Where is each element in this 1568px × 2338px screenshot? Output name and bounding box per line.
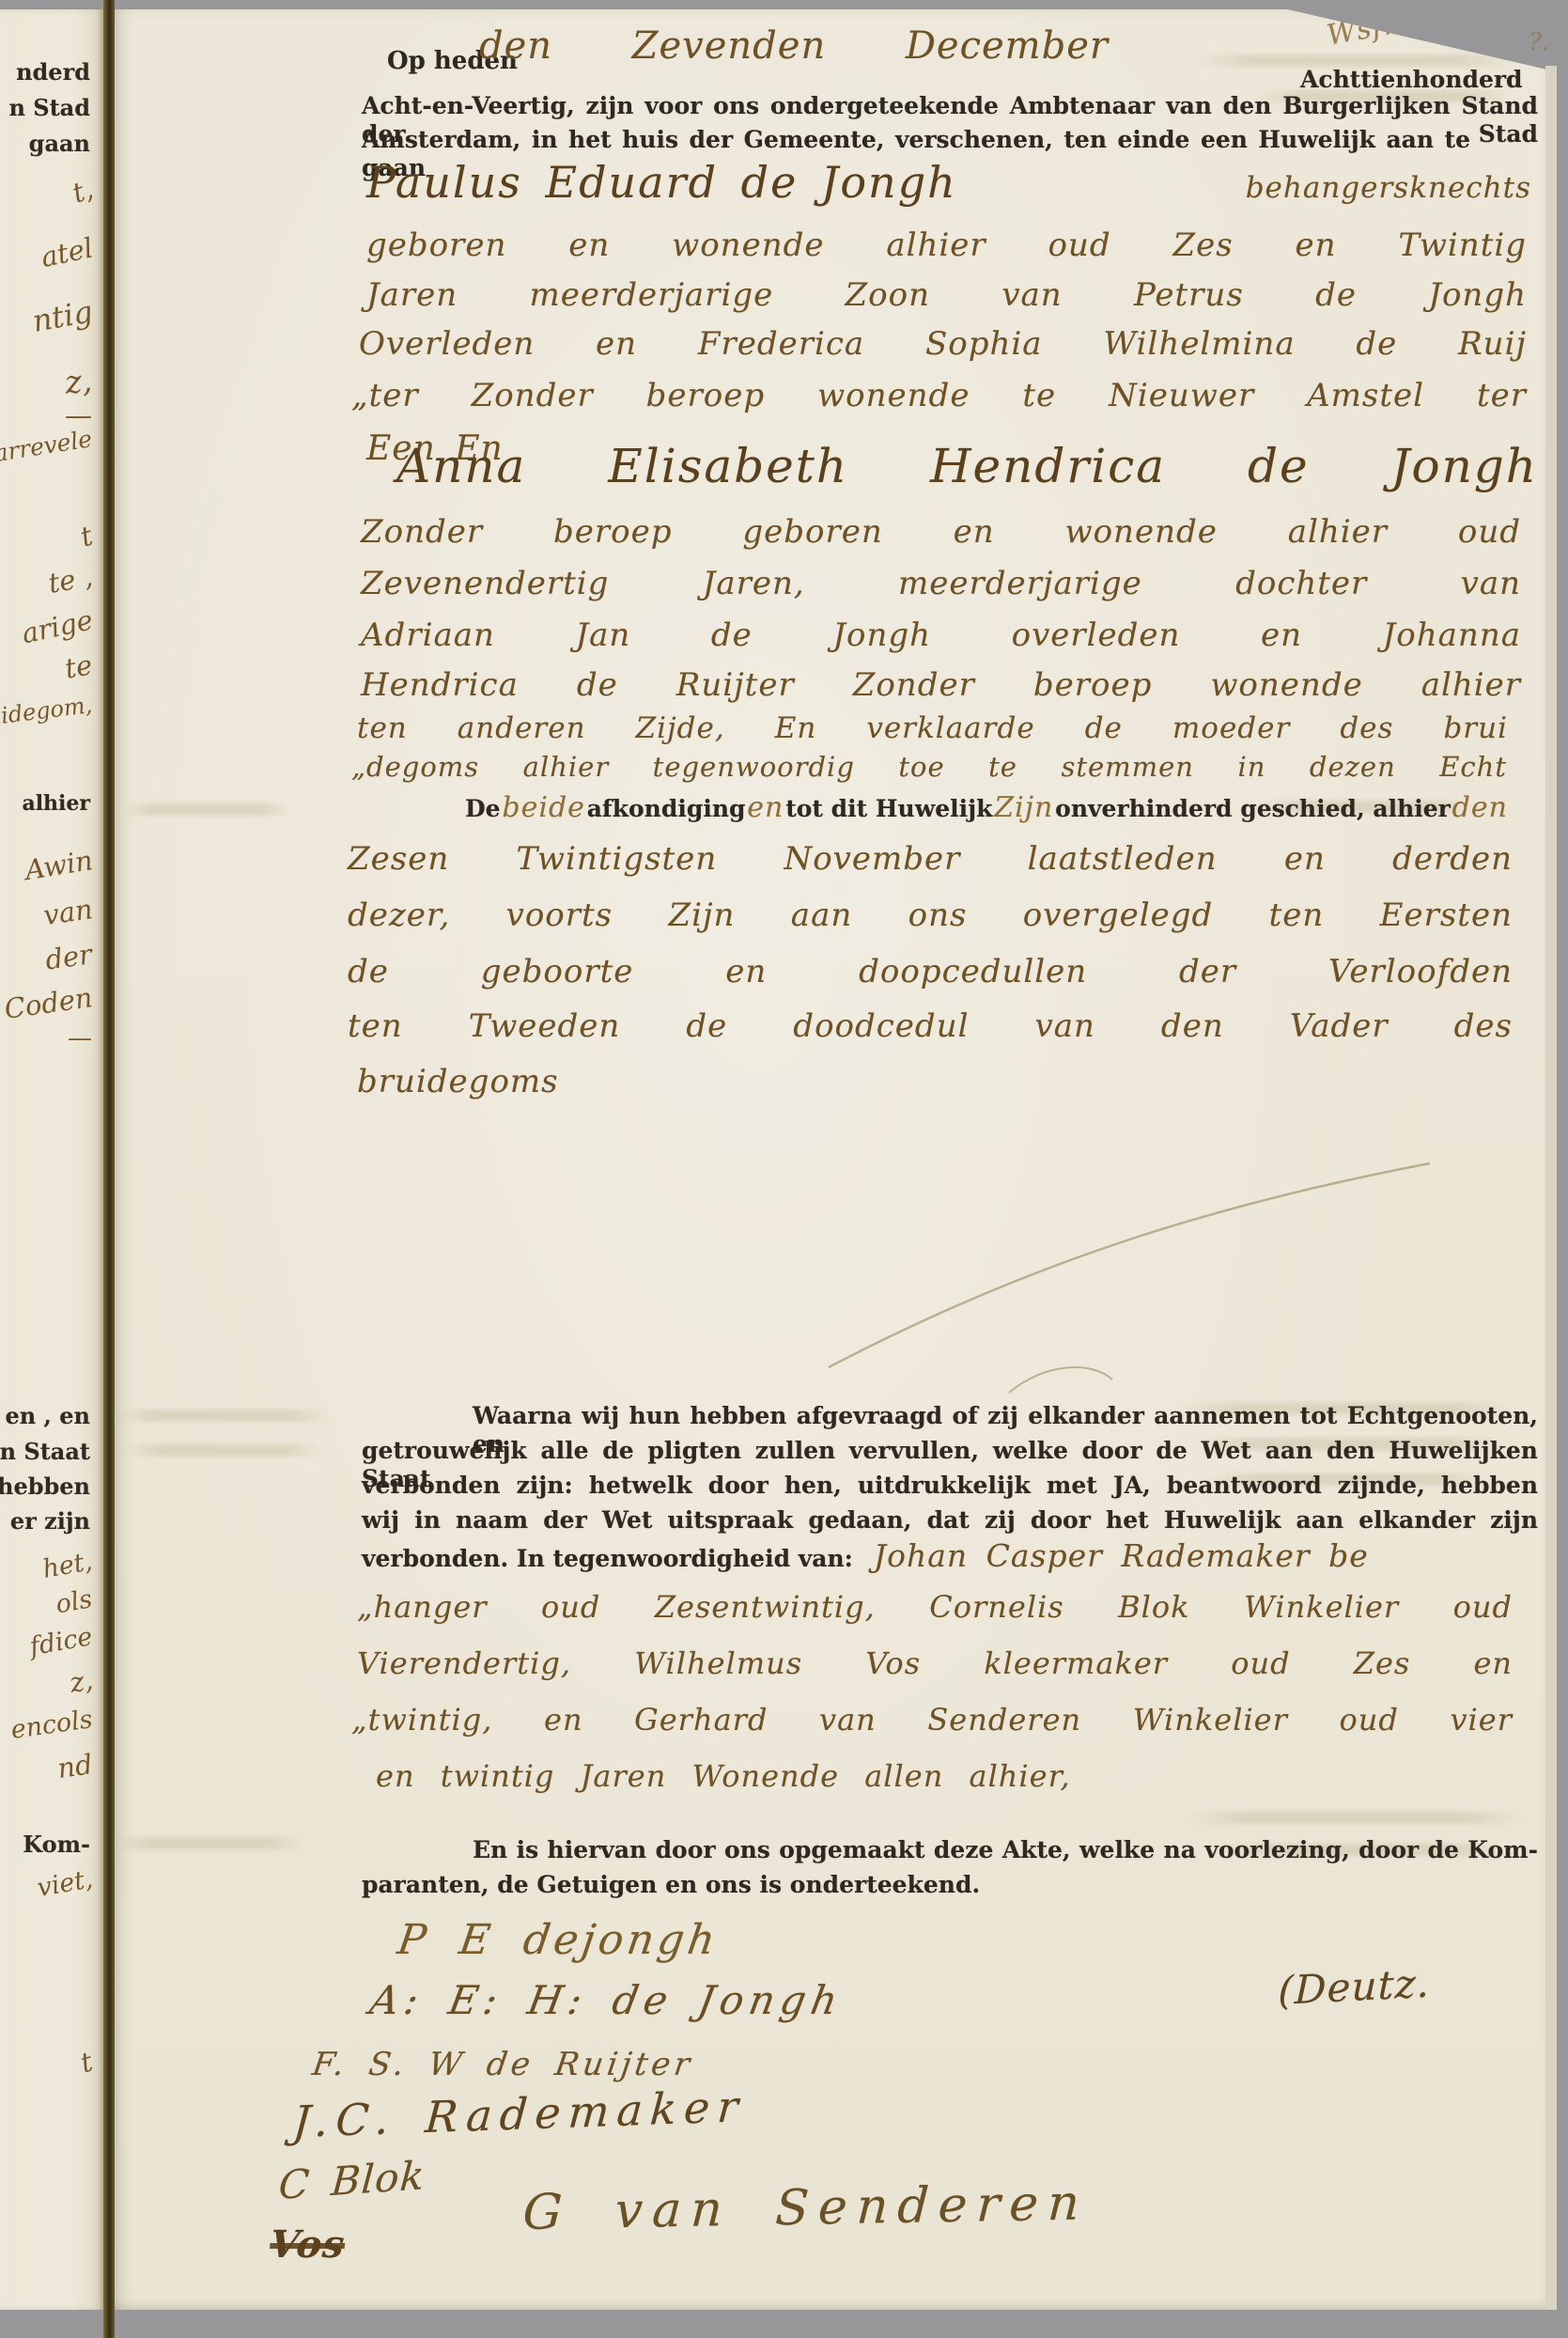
margin-printed-fragment: Kom-	[23, 1831, 90, 1858]
margin-script-fragment: uidegom,	[0, 692, 94, 731]
manuscript-line: ten anderen Zijde, En verklaarde de moed…	[357, 712, 1508, 746]
banns-printed: onverhinderd geschied, alhier	[1055, 795, 1451, 823]
groom-name-line: Paulus Eduard de Jongh behangersknechts	[366, 158, 1531, 208]
signature-witness-rademaker: J.C. Rademaker	[291, 2081, 747, 2147]
margin-script-fragment: z,	[67, 1663, 95, 1699]
margin-script-fragment: Barrevele	[0, 425, 94, 470]
margin-printed-fragment: er zijn	[10, 1507, 90, 1535]
manuscript-line: geboren en wonende alhier oud Zes en Twi…	[366, 227, 1527, 264]
vows-last-line: verbonden. In tegenwoordigheid van: Joha…	[362, 1538, 1369, 1574]
banns-handwritten: Zijn	[994, 792, 1053, 825]
margin-printed-fragment: hebben	[0, 1473, 90, 1500]
banns-line: De beide afkondiging en tot dit Huwelijk…	[465, 792, 1508, 825]
manuscript-line: dezer, voorts Zijn aan ons overgelegd te…	[348, 897, 1513, 934]
manuscript-line: bruidegoms	[357, 1064, 559, 1100]
manuscript-line: Overleden en Frederica Sophia Wilhelmina…	[359, 326, 1527, 363]
manuscript-line: „ter Zonder beroep wonende te Nieuwer Am…	[351, 378, 1527, 414]
closing-line: En is hiervan door ons opgemaakt deze Ak…	[362, 1836, 1538, 1864]
margin-printed-fragment: alhier	[22, 791, 90, 816]
margin-printed-fragment: en , en	[5, 1402, 90, 1429]
ink-showthrough	[124, 1444, 321, 1457]
marriage-certificate-page: Op heden den Zevenden December Achttienh…	[115, 9, 1545, 2310]
margin-script-fragment: te ,	[46, 560, 95, 600]
signature-witness-vos: Vos	[268, 2223, 347, 2267]
witness-line: en twintig Jaren Wonende allen alhier,	[376, 1759, 1071, 1794]
margin-script-fragment: —	[68, 1024, 92, 1052]
manuscript-line: de geboorte en doopcedullen der Verloofd…	[348, 954, 1513, 990]
manuscript-line: Hendrica de Ruijter Zonder beroep wonend…	[361, 667, 1521, 704]
page-fold-divider	[103, 0, 115, 2338]
banns-handwritten: den	[1452, 792, 1508, 825]
margin-script-fragment: het,	[40, 1547, 94, 1584]
banns-printed: tot dit Huwelijk	[785, 795, 992, 823]
margin-script-fragment: van	[41, 893, 95, 931]
margin-printed-fragment: n Stad	[8, 94, 90, 121]
witness-line: „twintig, en Gerhard van Senderen Winkel…	[351, 1703, 1513, 1738]
adjacent-page-strip: nderd n Stad gaan alhier en , en n Staat…	[0, 9, 103, 2310]
bride-name: Anna Elisabeth Hendrica de Jongh	[396, 440, 1538, 494]
handwritten-date: den Zevenden December	[479, 24, 1109, 68]
margin-script-fragment: Coden	[2, 981, 94, 1025]
closing-line: paranten, de Getuigen en ons is ondertee…	[362, 1871, 980, 1899]
signature-bride: A: E: H: de Jongh	[366, 1978, 846, 2023]
groom-name: Paulus Eduard de Jongh	[366, 158, 957, 208]
registration-scribble: Wsfruy	[1325, 2, 1436, 53]
manuscript-line: Zesen Twintigsten November laatstleden e…	[348, 841, 1513, 878]
signature-groom: P E dejongh	[395, 1917, 722, 1965]
margin-script-fragment: encols	[8, 1705, 94, 1745]
document-scan: nderd n Stad gaan alhier en , en n Staat…	[0, 0, 1568, 2338]
margin-script-fragment: te	[63, 648, 95, 684]
vows-line: wij in naam der Wet uitspraak gedaan, da…	[362, 1506, 1538, 1535]
margin-script-fragment: t	[77, 2046, 96, 2080]
ink-showthrough	[1186, 1812, 1524, 1824]
manuscript-line: Zevenendertig Jaren, meerderjarige docht…	[361, 566, 1521, 602]
margin-script-fragment: atel	[38, 231, 95, 273]
ink-showthrough	[115, 1410, 331, 1422]
signature-mother: F. S. W de Ruijter	[310, 2047, 696, 2083]
witness-first-handwritten: Johan Casper Rademaker be	[874, 1538, 1369, 1574]
margin-script-fragment: t	[77, 520, 97, 553]
margin-script-fragment: der	[44, 938, 95, 976]
printed-achttienhonderd: Achttienhonderd	[1300, 66, 1523, 94]
ink-showthrough	[115, 1837, 303, 1849]
witness-line: „hanger oud Zesentwintig, Cornelis Blok …	[357, 1590, 1513, 1625]
margin-script-fragment: nd	[55, 1748, 95, 1785]
act-number: 67.	[1456, 6, 1515, 47]
vows-line: verbonden zijn: hetwelk door hen, uitdru…	[362, 1472, 1538, 1500]
manuscript-line: „degoms alhier tegenwoordig toe te stemm…	[351, 752, 1507, 783]
signature-witness-van-senderen: G van Senderen	[521, 2176, 1090, 2242]
margin-script-fragment: z,	[63, 362, 94, 402]
adjacent-page-edge	[1545, 66, 1557, 2310]
manuscript-line: Jaren meerderjarige Zoon van Petrus de J…	[366, 277, 1527, 314]
banns-handwritten: en	[747, 792, 784, 825]
margin-script-fragment: viet,	[35, 1864, 95, 1903]
manuscript-line: Zonder beroep geboren en wonende alhier …	[361, 514, 1521, 551]
ink-showthrough	[122, 803, 291, 816]
edge-pen-mark: ?.	[1529, 28, 1549, 56]
manuscript-line: Adriaan Jan de Jongh overleden en Johann…	[361, 617, 1521, 654]
margin-script-fragment: fdice	[27, 1622, 94, 1661]
signature-witness-blok: C Blok	[277, 2153, 427, 2208]
margin-script-fragment: t,	[69, 173, 97, 210]
vows-printed-end: verbonden. In tegenwoordigheid van:	[362, 1545, 853, 1573]
margin-script-fragment: ntig	[29, 293, 95, 339]
witness-line: Vierendertig, Wilhelmus Vos kleermaker o…	[357, 1646, 1513, 1681]
banns-printed: afkondiging	[587, 795, 746, 823]
margin-script-fragment: ols	[54, 1584, 95, 1619]
margin-printed-fragment: gaan	[29, 130, 90, 157]
manuscript-line: ten Tweeden de doodcedul van den Vader d…	[348, 1008, 1513, 1045]
banns-printed: De	[465, 795, 501, 823]
banns-handwritten: beide	[502, 792, 585, 825]
groom-occupation: behangersknechts	[1246, 172, 1531, 206]
margin-printed-fragment: nderd	[16, 58, 90, 86]
margin-printed-fragment: n Staat	[0, 1438, 90, 1465]
margin-script-fragment: arige	[19, 603, 96, 649]
signature-officiant: (Deutz.	[1278, 1961, 1431, 2015]
margin-script-fragment: Awin	[23, 844, 95, 886]
